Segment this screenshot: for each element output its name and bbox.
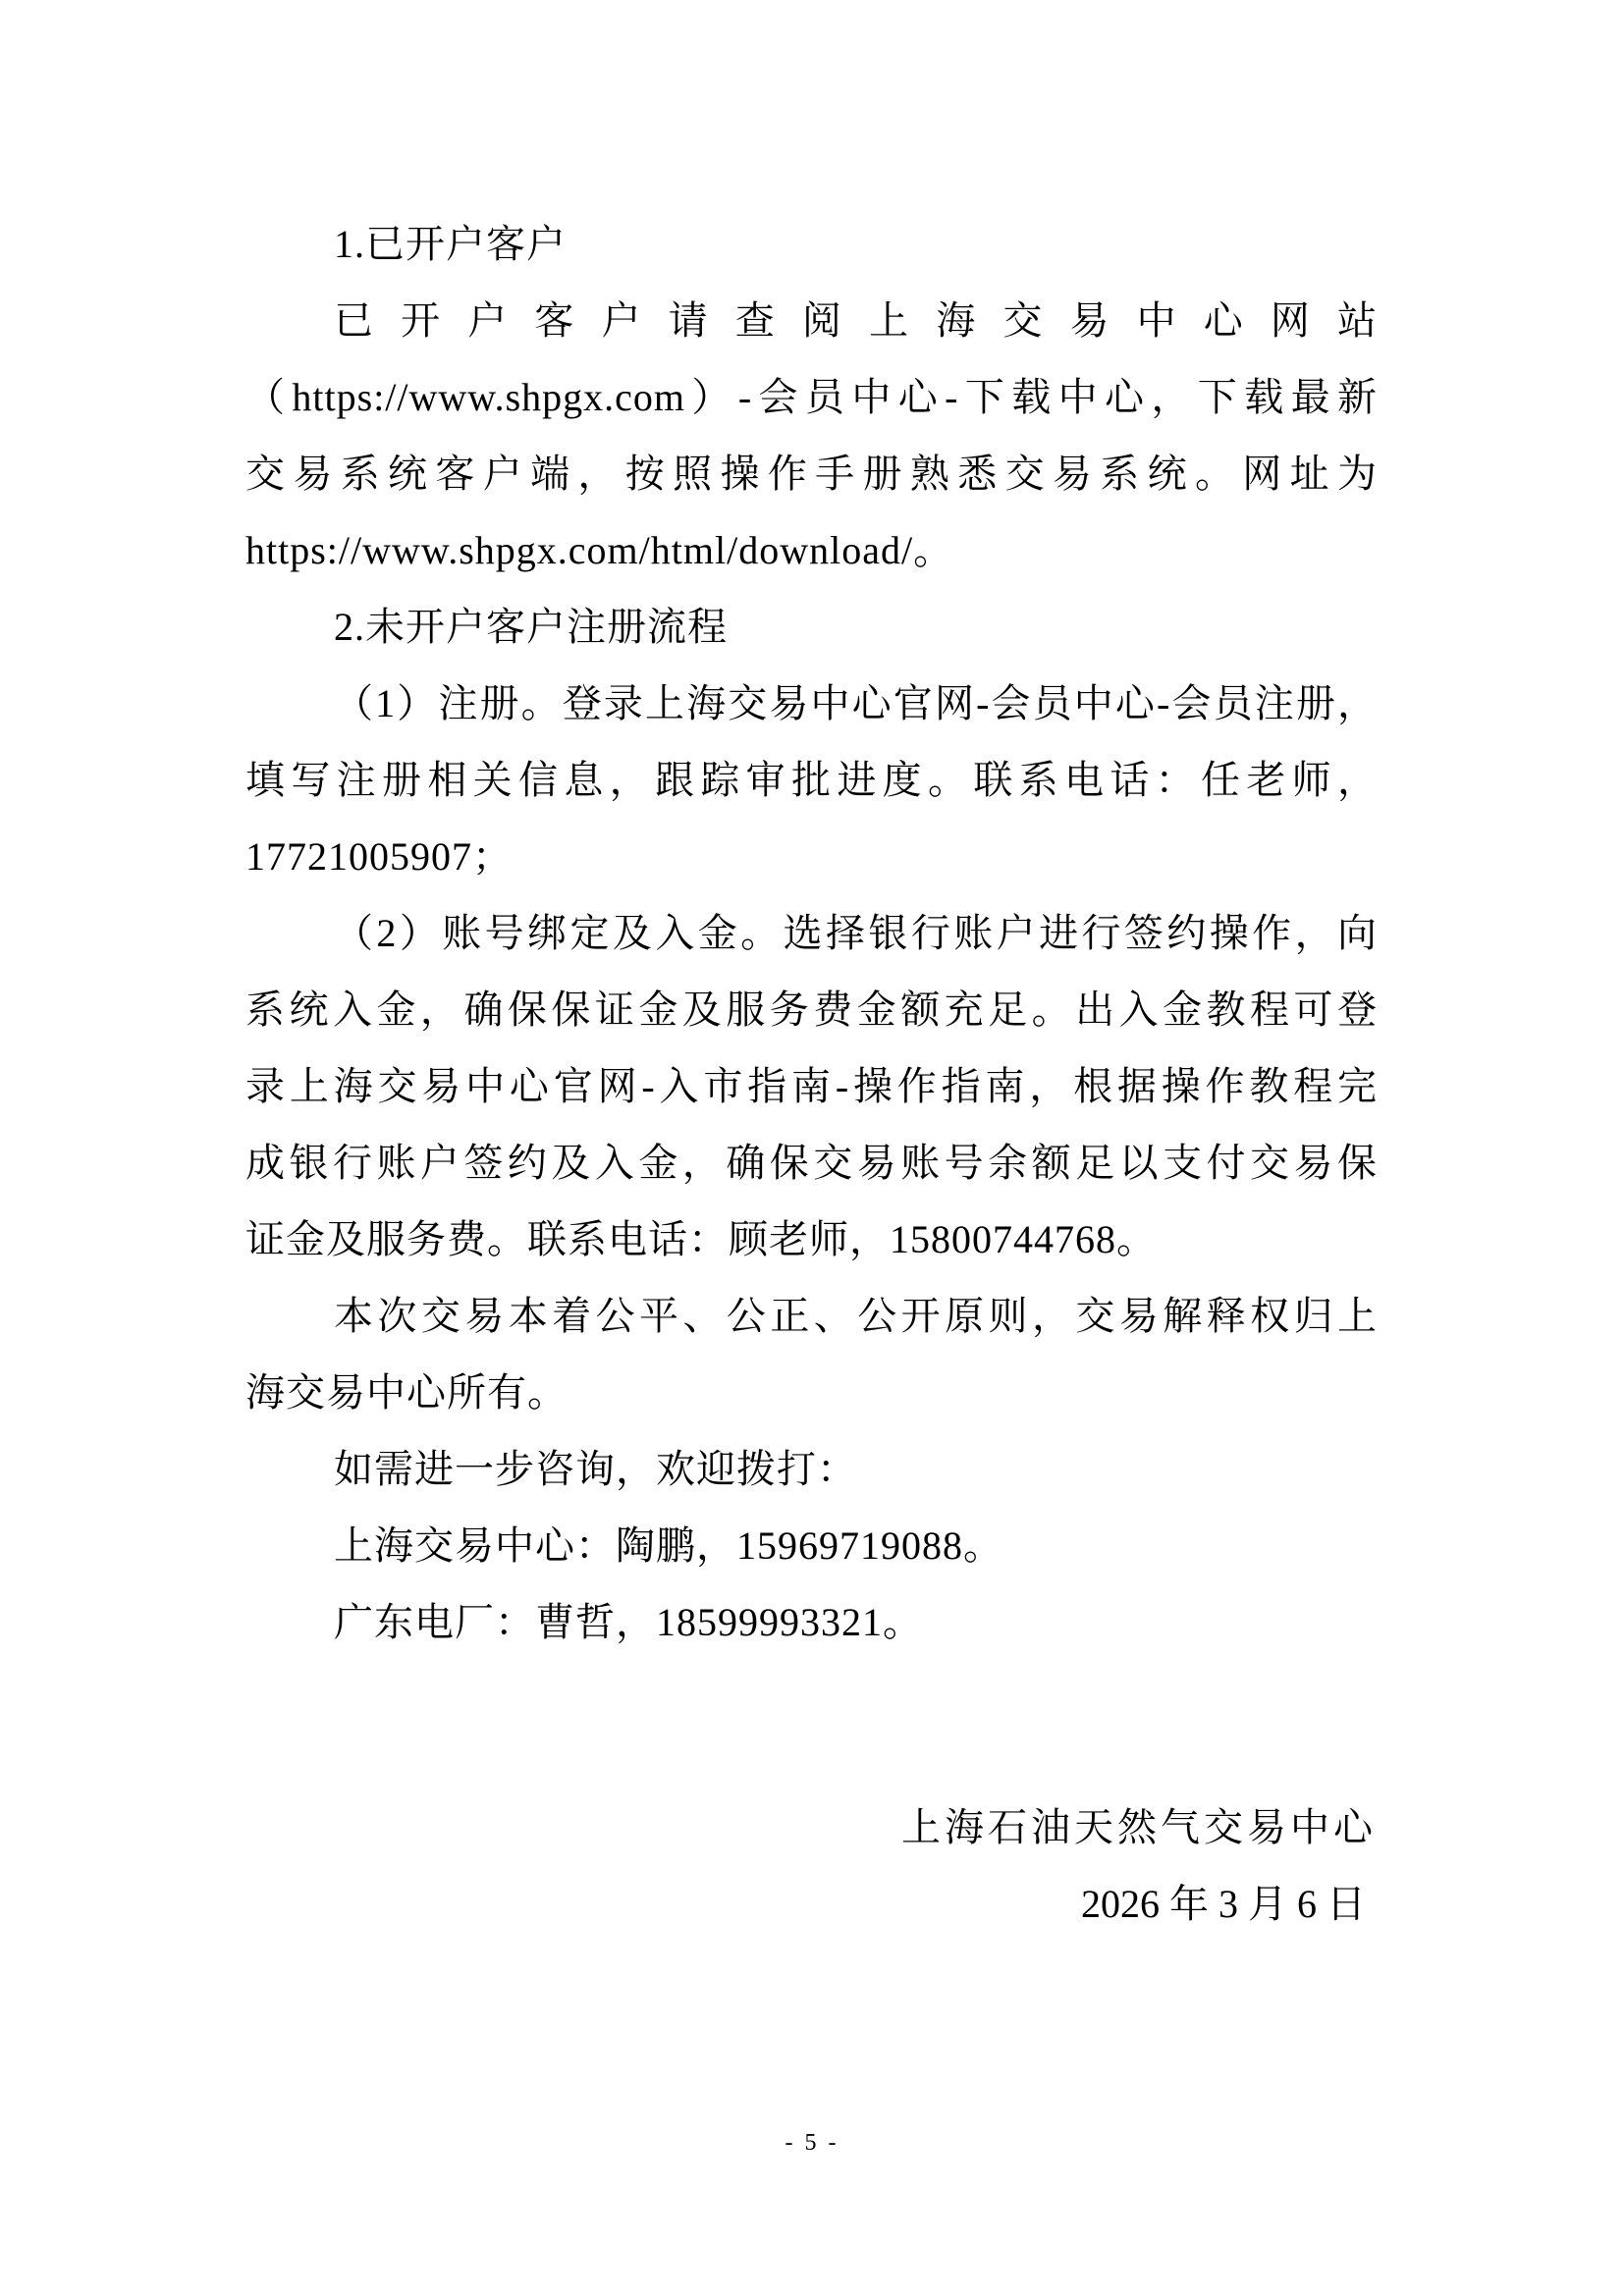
signature-date: 2026 年 3 月 6 日 [1081,1866,1366,1943]
document-line: 海交易中心所有。 [245,1355,1378,1431]
document-page: 1.已开户客户 已开户客户请查阅上海交易中心网站 （https://www.sh… [0,0,1624,2296]
document-line: 成银行账户签约及入金，确保交易账号余额足以支付交易保 [245,1125,1378,1201]
document-line-contact-2: 广东电厂：曹哲，18599993321。 [245,1584,1378,1661]
document-line: 填写注册相关信息，跟踪审批进度。联系电话：任老师， [245,742,1378,819]
document-line-heading-2: 2.未开户客户注册流程 [245,589,1378,666]
document-line-phone: 17721005907； [245,819,1378,895]
document-line: 交易系统客户端，按照操作手册熟悉交易系统。网址为 [245,436,1378,512]
page-number: - 5 - [0,2128,1624,2158]
document-line-heading-1: 1.已开户客户 [245,206,1378,283]
signature-organization: 上海石油天然气交易中心 [901,1789,1377,1866]
document-line-url: https://www.shpgx.com/html/download/。 [245,512,1378,589]
document-line: （https://www.shpgx.com）-会员中心-下载中心，下载最新 [245,359,1378,436]
document-line: 录上海交易中心官网-入市指南-操作指南，根据操作教程完 [245,1048,1378,1125]
document-line: （1）注册。登录上海交易中心官网-会员中心-会员注册， [245,666,1378,742]
document-line: 系统入金，确保保证金及服务费金额充足。出入金教程可登 [245,972,1378,1048]
document-line: （2）账号绑定及入金。选择银行账户进行签约操作，向 [245,895,1378,972]
document-line: 证金及服务费。联系电话：顾老师，15800744768。 [245,1201,1378,1278]
document-line: 已开户客户请查阅上海交易中心网站 [245,283,1378,359]
document-line: 如需进一步咨询，欢迎拨打： [245,1431,1378,1508]
document-line: 本次交易本着公平、公正、公开原则，交易解释权归上 [245,1278,1378,1355]
document-body: 1.已开户客户 已开户客户请查阅上海交易中心网站 （https://www.sh… [245,206,1378,1661]
document-line-contact-1: 上海交易中心：陶鹏，15969719088。 [245,1508,1378,1584]
